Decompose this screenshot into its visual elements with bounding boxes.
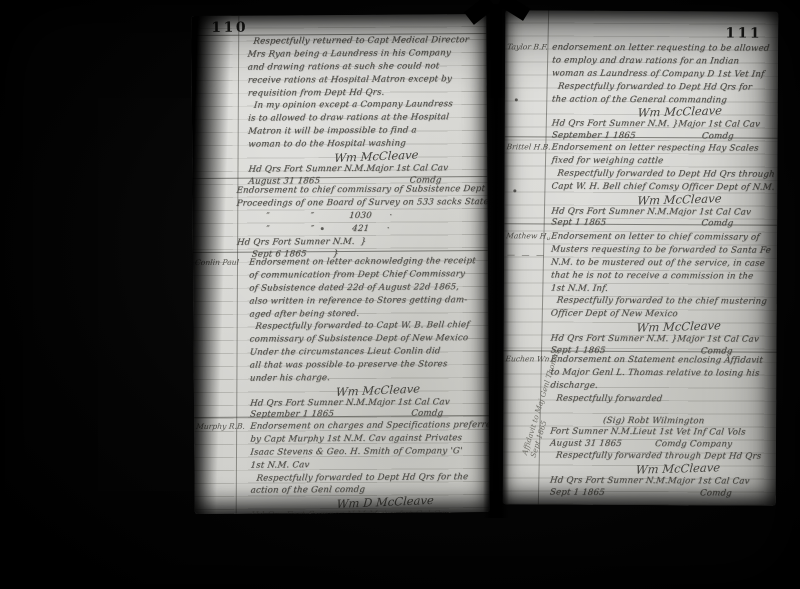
ledger-entry: Murphy R.B.Endorsement on charges and Sp…: [250, 419, 480, 514]
entry-line: Endorsement on Statement enclosing Affid…: [550, 354, 769, 368]
ledger-scan: 110 Respectfully returned to Capt Medica…: [0, 0, 800, 589]
entry-line: ″ ″ 1030 ·: [236, 209, 478, 224]
entry-line: Hd Qrs Fort Sumner N.M.Major 1st Cal Cav: [549, 476, 768, 489]
ledger-entry: Endorsement to chief commissary of Subsi…: [236, 183, 478, 262]
entry-line: receive rations at Hospital Matron excep…: [247, 73, 477, 87]
entry-line: Endorsement on letter to chief commissar…: [550, 231, 769, 245]
entry-line: Musters requesting to be forwarded to Sa…: [550, 243, 769, 257]
entry-line: woman as Laundress of Company D 1st Vet …: [551, 67, 770, 81]
entry-line: of Subsistence dated 22d of August 22d 1…: [249, 281, 479, 295]
entry-line: by Capt Murphy 1st N.M. Cav against Priv…: [250, 432, 480, 446]
entry-line: to Major Genl L. Thomas relative to losi…: [550, 366, 769, 380]
entry-line: fixed for weighing cattle: [551, 154, 770, 168]
entry-line: Endorsement on letter respecting Hay Sca…: [551, 142, 770, 156]
ledger-entry: Conlin PaulEndorsement on letter acknowl…: [249, 255, 479, 422]
entry-line: Respectfully forwarded to Dept Hd Qrs th…: [551, 167, 770, 181]
entry-line: Hd Qrs Fort Sumner N.M.Major 1st Cal Cav: [250, 509, 480, 514]
entry-line: Respectfully forwarded to Dept Hd Qrs fo…: [551, 80, 770, 94]
ledger-entry: Taylor B.F.endorsement on letter request…: [552, 42, 771, 144]
entry-line: N.M. to be mustered out of the service, …: [550, 256, 769, 270]
entry-line: ″ ″ 421 ·: [236, 222, 478, 237]
entry-line: that he is not to receive a commission i…: [550, 269, 769, 283]
ledger-entry: Respectfully returned to Capt Medical Di…: [247, 34, 477, 188]
entry-line: 1st N.M. Cav: [250, 458, 480, 472]
book-gutter: [483, 4, 509, 518]
entry-margin-name: Mathew H.J.: [506, 231, 551, 240]
entry-line: Hd Qrs Fort Sumner N.M.Major 1st Cal Cav: [248, 163, 478, 176]
entry-line: to employ and draw rations for an Indian: [551, 54, 770, 68]
ledger-page-right: 111 — — — Affidavit to Maj Genl Thomas S…: [503, 10, 779, 505]
ledger-page-left: 110 Respectfully returned to Capt Medica…: [191, 14, 489, 514]
entry-margin-name: Brittel H.B.: [506, 142, 551, 151]
ledger-entry: Euchen WmEndorsement on Statement enclos…: [550, 354, 769, 500]
entry-line: endorsement on letter requesting to be a…: [551, 42, 770, 56]
entry-line: and drawing rations at such she could no…: [247, 60, 477, 74]
entry-line: Sept 1 1865Comdg: [551, 218, 770, 231]
entry-line: Isaac Stevens & Geo. H. Smith of Company…: [250, 445, 480, 459]
ledger-entry: Mathew H.J.Endorsement on letter to chie…: [550, 231, 769, 358]
entry-line: also written in reference to Stores gett…: [249, 294, 479, 308]
entry-line: Mrs Ryan being a Laundress in his Compan…: [247, 47, 477, 61]
entry-line: of communication from Dept Chief Commiss…: [248, 268, 478, 282]
entry-margin-name: Euchen Wm: [505, 354, 550, 363]
entry-line: discharge.: [550, 379, 769, 393]
ledger-entry: Brittel H.B.Endorsement on letter respec…: [551, 142, 769, 231]
entry-margin-name: Taylor B.F.: [507, 42, 552, 51]
entry-line: Respectfully forwarded: [550, 392, 769, 406]
entry-line: Hd Qrs Fort Sumner N.M. }Major 1st Cal C…: [550, 334, 769, 347]
entry-line: Sept 1 1865Comdg: [549, 487, 768, 500]
right-page-entries: Taylor B.F.endorsement on letter request…: [503, 10, 779, 505]
left-page-entries: Respectfully returned to Capt Medical Di…: [191, 14, 489, 514]
